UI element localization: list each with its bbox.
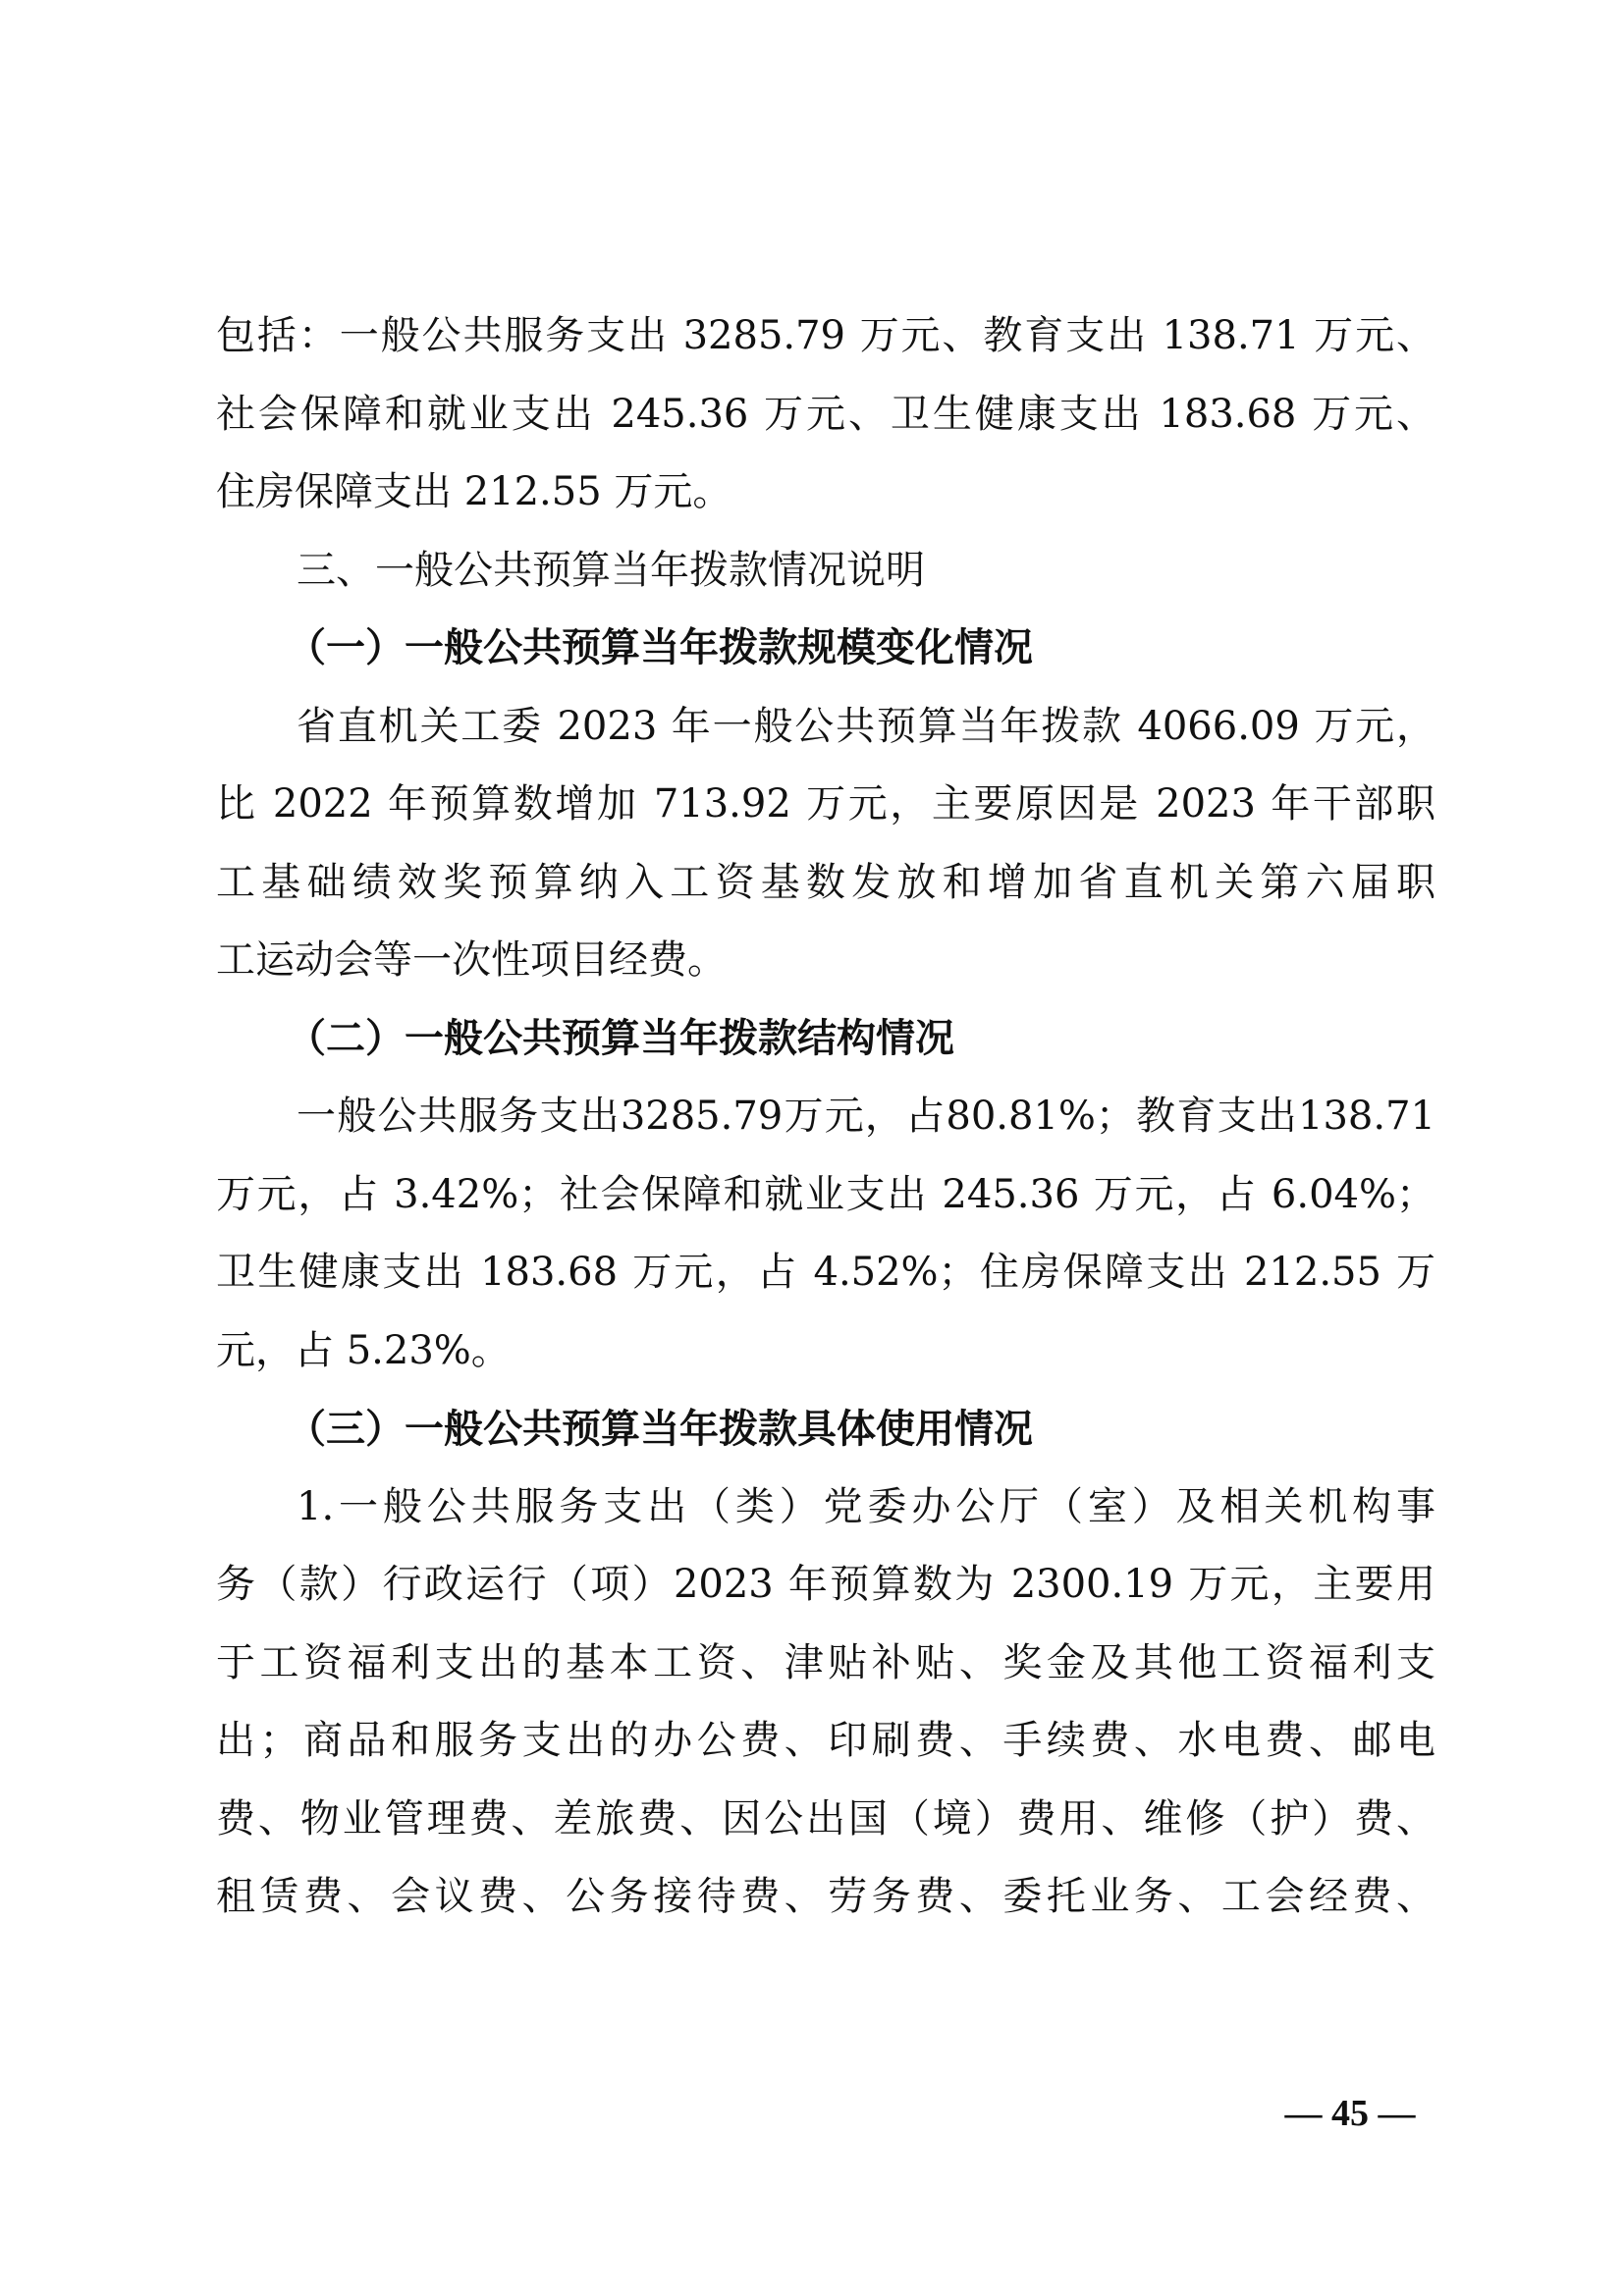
paragraph-line: 社会保障和就业支出 245.36 万元、卫生健康支出 183.68 万元、 [216,376,1435,454]
subsection-heading-structure: （二）一般公共预算当年拨款结构情况 [216,1000,1435,1079]
paragraph-line: 住房保障支出 212.55 万元。 [216,454,1435,532]
paragraph-line: 元，占 5.23%。 [216,1312,1435,1391]
document-page: 包括：一般公共服务支出 3285.79 万元、教育支出 138.71 万元、 社… [216,297,1435,1937]
page-number: — 45 — [1267,2089,1434,2138]
paragraph-line: 于工资福利支出的基本工资、津贴补贴、奖金及其他工资福利支 [216,1625,1435,1703]
paragraph-line: 出；商品和服务支出的办公费、印刷费、手续费、水电费、邮电 [216,1702,1435,1781]
paragraph-line: 工基础绩效奖预算纳入工资基数发放和增加省直机关第六届职 [216,844,1435,923]
paragraph-line: 1.一般公共服务支出（类）党委办公厅（室）及相关机构事 [216,1468,1435,1547]
paragraph-line: 万元，占 3.42%；社会保障和就业支出 245.36 万元，占 6.04%； [216,1156,1435,1235]
paragraph-line: 一般公共服务支出3285.79万元，占80.81%；教育支出138.71 [216,1078,1435,1156]
paragraph-line: 费、物业管理费、差旅费、因公出国（境）费用、维修（护）费、 [216,1781,1435,1859]
intro-paragraph: 包括：一般公共服务支出 3285.79 万元、教育支出 138.71 万元、 社… [216,297,1435,532]
paragraph-line: 省直机关工委 2023 年一般公共预算当年拨款 4066.09 万元， [216,688,1435,767]
scale-paragraph: 省直机关工委 2023 年一般公共预算当年拨款 4066.09 万元， 比 20… [216,688,1435,1000]
paragraph-line: 包括：一般公共服务支出 3285.79 万元、教育支出 138.71 万元、 [216,297,1435,376]
paragraph-line: 卫生健康支出 183.68 万元，占 4.52%；住房保障支出 212.55 万 [216,1234,1435,1312]
paragraph-line: 比 2022 年预算数增加 713.92 万元，主要原因是 2023 年干部职 [216,766,1435,844]
paragraph-line: 工运动会等一次性项目经费。 [216,922,1435,1000]
structure-paragraph: 一般公共服务支出3285.79万元，占80.81%；教育支出138.71 万元，… [216,1078,1435,1390]
subsection-heading-scale: （一）一般公共预算当年拨款规模变化情况 [216,610,1435,688]
usage-paragraph: 1.一般公共服务支出（类）党委办公厅（室）及相关机构事 务（款）行政运行（项）2… [216,1468,1435,1937]
paragraph-line: 务（款）行政运行（项）2023 年预算数为 2300.19 万元，主要用 [216,1546,1435,1625]
subsection-heading-usage: （三）一般公共预算当年拨款具体使用情况 [216,1390,1435,1468]
section-heading: 三、一般公共预算当年拨款情况说明 [216,532,1435,611]
paragraph-line: 租赁费、会议费、公务接待费、劳务费、委托业务、工会经费、 [216,1858,1435,1937]
